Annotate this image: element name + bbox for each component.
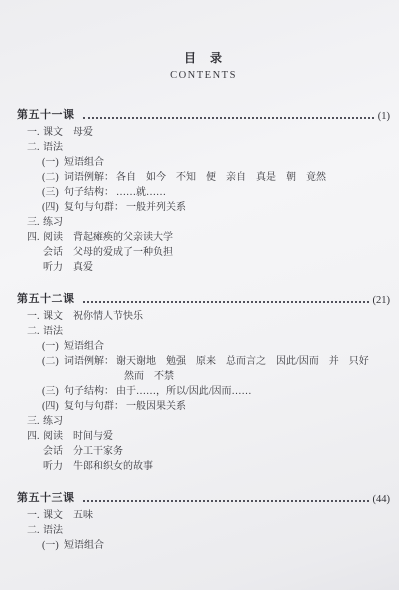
lesson-page-number: (44) [373,494,391,505]
toc-item: (三)句子结构：由于……，所以/因此/因而…… [17,384,390,399]
toc-item: 一.课文祝你情人节快乐 [17,309,390,324]
item-label: 语法 [43,326,63,337]
toc: 第五十一课(1)一.课文母爱二.语法(一)短语组合(二)词语例解：各自 如今 不… [17,106,390,553]
item-label: 短语组合 [64,540,104,551]
item-label: 短语组合 [64,341,104,352]
item-value: 分工干家务 [73,446,123,457]
item-number: (四) [42,200,64,215]
item-label: 会话 [43,247,63,258]
toc-item: (二)词语例解：各自 如今 不知 便 亲自 真是 朝 竟然 [17,170,390,185]
item-number: 二. [27,523,43,538]
toc-item: 四.阅读时间与爱 [17,429,390,444]
toc-item: 会话父母的爱成了一种负担 [17,245,390,260]
toc-item: (二)词语例解：谢天谢地 勉强 原来 总而言之 因此/因而 并 只好 [17,354,390,369]
toc-item: (四)复句与句群：一般因果关系 [17,399,390,414]
toc-item: (一)短语组合 [17,339,390,354]
toc-item: 二.语法 [17,140,390,155]
toc-item: (一)短语组合 [17,538,390,553]
toc-item: 三.练习 [17,414,390,429]
item-label: 课文 [43,510,63,521]
item-number: (一) [42,339,64,354]
item-value: 母爱 [73,127,93,138]
item-value: 一般因果关系 [126,401,186,412]
item-number: (一) [42,155,64,170]
item-value: 一般并列关系 [126,202,186,213]
item-number: 三. [27,414,43,429]
toc-item: 二.语法 [17,523,390,538]
item-value: 牛郎和织女的故事 [73,461,153,472]
page-subtitle: CONTENTS [17,69,390,82]
lesson-page-number: (1) [378,111,390,122]
toc-item: (一)短语组合 [17,155,390,170]
item-label: 复句与句群： [64,202,124,213]
toc-item: 听力牛郎和织女的故事 [17,459,390,474]
item-value: 父母的爱成了一种负担 [73,247,173,258]
item-number: (二) [42,354,64,369]
item-number: (二) [42,170,64,185]
item-label: 听力 [43,461,63,472]
page-title: 目 录 [17,50,390,66]
item-label: 语法 [43,142,63,153]
toc-lesson: 第五十三课(44)一.课文五味二.语法(一)短语组合 [17,489,390,553]
item-label: 句子结构： [64,187,114,198]
lesson-page-number: (21) [373,295,391,306]
item-label: 短语组合 [64,157,104,168]
toc-page: 目 录 CONTENTS 第五十一课(1)一.课文母爱二.语法(一)短语组合(二… [0,0,399,590]
item-value: 谢天谢地 勉强 原来 总而言之 因此/因而 并 只好 [116,356,369,367]
item-label: 课文 [43,127,63,138]
toc-item: 三.练习 [17,215,390,230]
toc-lesson: 第五十一课(1)一.课文母爱二.语法(一)短语组合(二)词语例解：各自 如今 不… [17,106,390,275]
item-label: 词语例解： [64,172,114,183]
item-label: 语法 [43,525,63,536]
item-number: (三) [42,185,64,200]
item-label: 句子结构： [64,386,114,397]
item-number: 二. [27,140,43,155]
dotted-leader [83,117,374,119]
toc-item: 听力真爱 [17,260,390,275]
lesson-title: 第五十三课 [17,489,75,505]
lesson-header: 第五十一课(1) [17,106,390,122]
dotted-leader [83,500,369,502]
dotted-leader [83,301,369,303]
item-number: 四. [27,429,43,444]
lesson-title: 第五十二课 [17,290,75,306]
item-label: 阅读 [43,431,63,442]
item-number: (三) [42,384,64,399]
lesson-header: 第五十二课(21) [17,290,390,306]
toc-item: 然而 不禁 [17,369,390,384]
toc-item: 一.课文母爱 [17,125,390,140]
item-label: 复句与句群： [64,401,124,412]
lesson-title: 第五十一课 [17,106,75,122]
page-header: 目 录 CONTENTS [17,50,390,82]
item-number: 一. [27,125,43,140]
item-label: 阅读 [43,232,63,243]
item-number: 二. [27,324,43,339]
item-value: 真爱 [73,262,93,273]
item-value: 时间与爱 [73,431,113,442]
item-value: 然而 不禁 [124,371,174,382]
toc-item: 四.阅读背起瘫痪的父亲读大学 [17,230,390,245]
item-number: 一. [27,508,43,523]
item-number: 一. [27,309,43,324]
item-value: 祝你情人节快乐 [73,311,143,322]
item-label: 练习 [43,217,63,228]
item-number: 四. [27,230,43,245]
toc-item: 会话分工干家务 [17,444,390,459]
lesson-header: 第五十三课(44) [17,489,390,505]
toc-item: (四)复句与句群：一般并列关系 [17,200,390,215]
item-number: (一) [42,538,64,553]
item-value: 背起瘫痪的父亲读大学 [73,232,173,243]
item-label: 练习 [43,416,63,427]
toc-lesson: 第五十二课(21)一.课文祝你情人节快乐二.语法(一)短语组合(二)词语例解：谢… [17,290,390,474]
item-value: 各自 如今 不知 便 亲自 真是 朝 竟然 [116,172,326,183]
toc-item: 一.课文五味 [17,508,390,523]
item-label: 听力 [43,262,63,273]
toc-item: 二.语法 [17,324,390,339]
item-label: 词语例解： [64,356,114,367]
item-value: ……就…… [116,187,166,198]
item-value: 五味 [73,510,93,521]
item-number: (四) [42,399,64,414]
item-number: 三. [27,215,43,230]
item-value: 由于……，所以/因此/因而…… [116,386,252,397]
item-label: 会话 [43,446,63,457]
toc-item: (三)句子结构：……就…… [17,185,390,200]
item-label: 课文 [43,311,63,322]
